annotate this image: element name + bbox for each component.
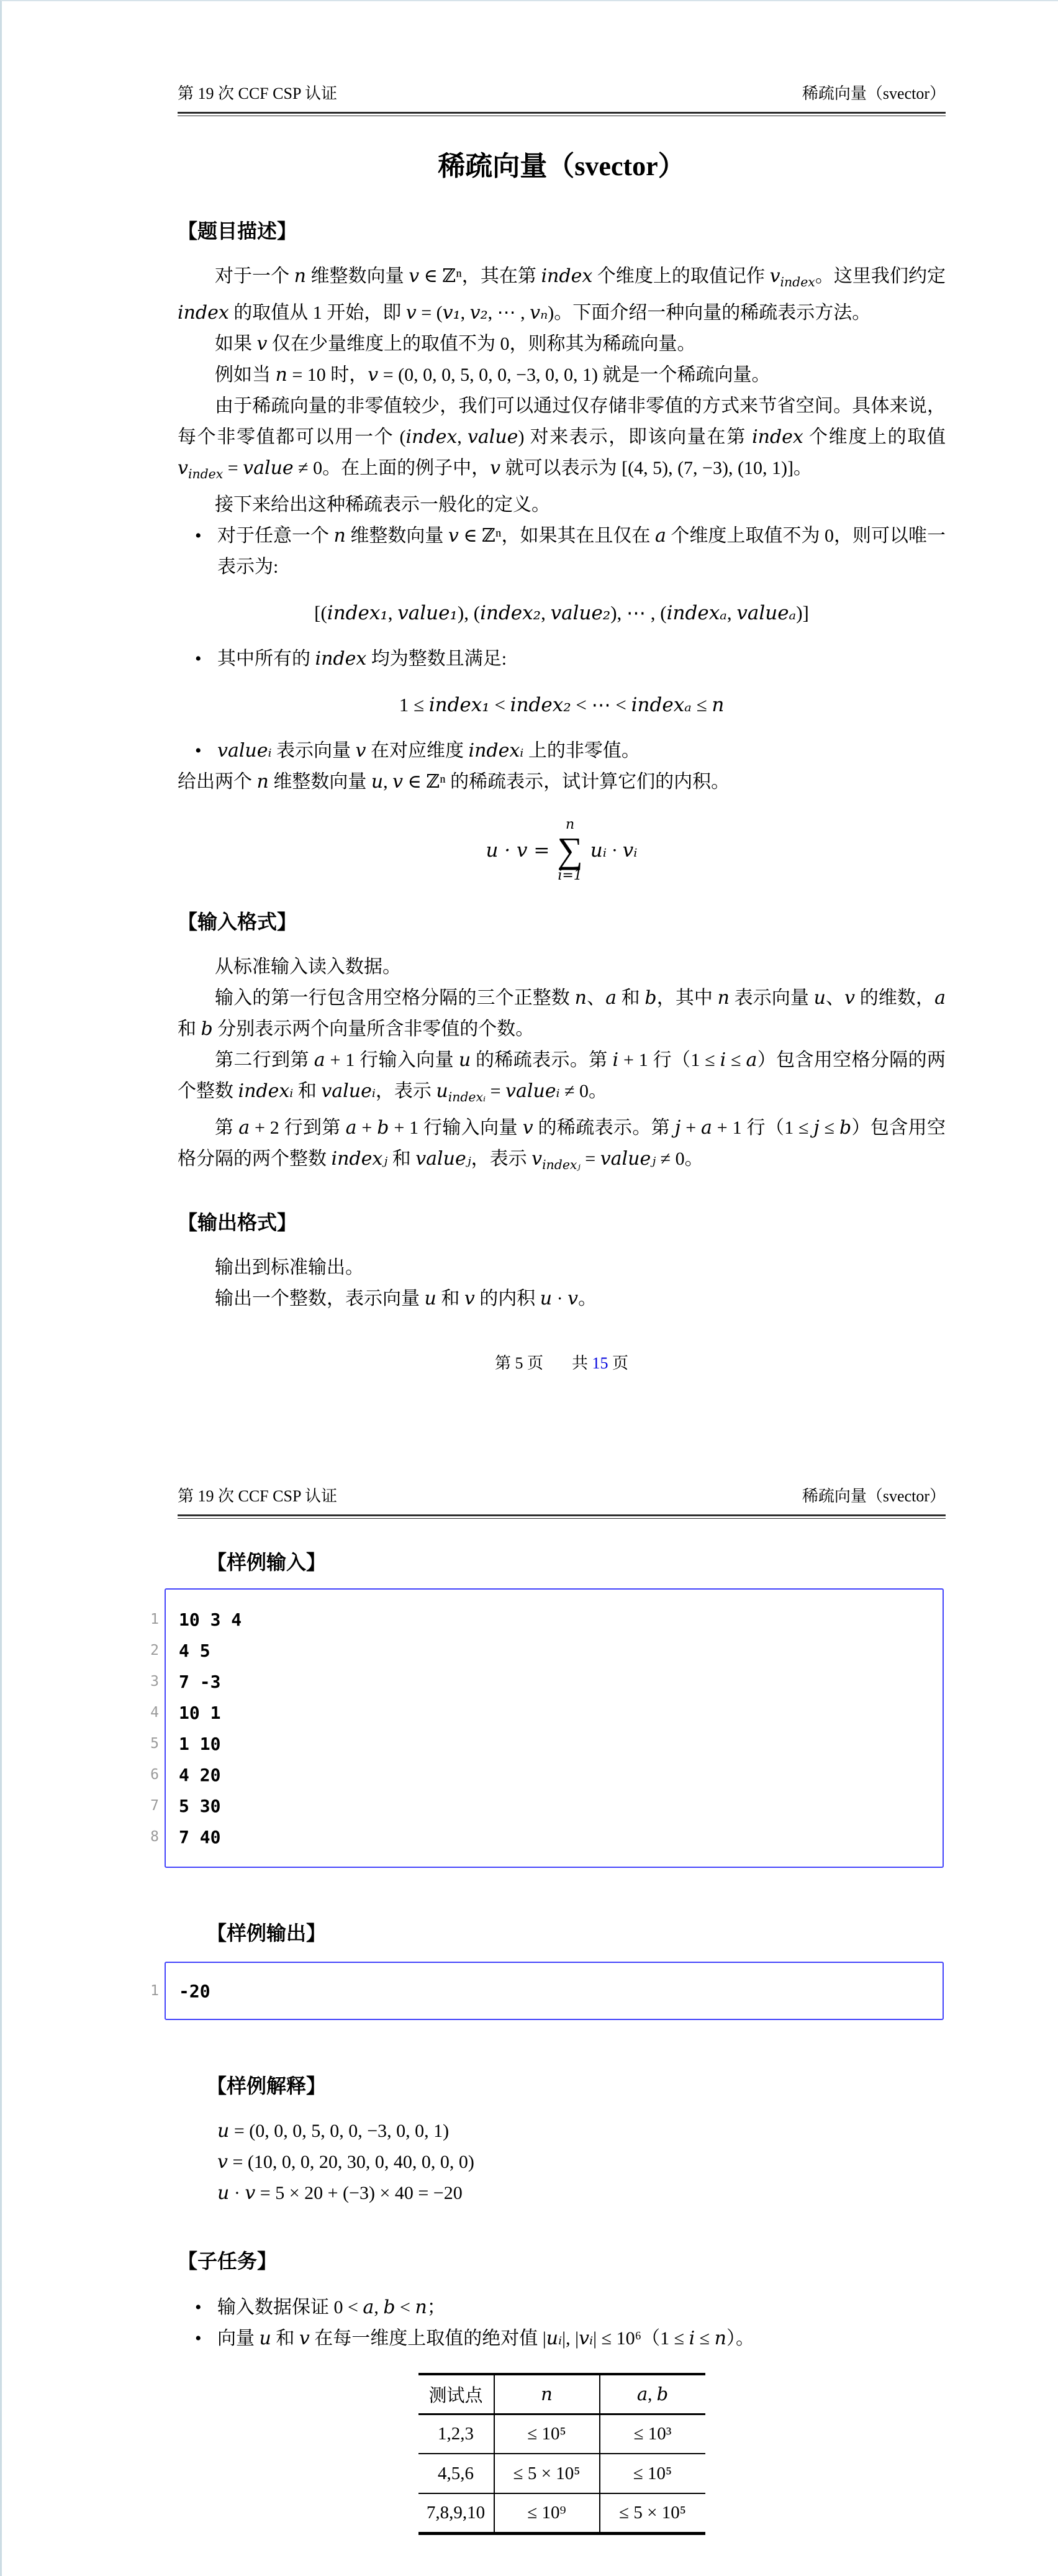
formula-dot-product: u · v = n ∑ i=1 uᵢ · vᵢ: [178, 816, 946, 885]
line-number: 4: [137, 1704, 159, 1721]
line-number: 5: [137, 1736, 159, 1752]
page-2: 第 19 次 CCF CSP 认证 稀疏向量（svector） 【样例输入】 1…: [2, 1404, 1058, 2576]
header-rule: [178, 112, 946, 116]
table-cell: ≤ 10⁹: [494, 2493, 600, 2533]
bullet-text: 向量 u 和 v 在每一维度上取值的绝对值 |uᵢ|, |vᵢ| ≤ 10⁶（1…: [217, 2323, 946, 2354]
dot-product-rhs: uᵢ · vᵢ: [590, 839, 638, 862]
page-footer: 第 5 页 共 15 页: [178, 1350, 946, 1373]
bullet-marker: •: [178, 2323, 217, 2354]
output-format-paragraph-1: 输出到标准输出。: [178, 1252, 946, 1283]
table-cell: 4,5,6: [418, 2454, 494, 2493]
footer-total-pages: 15: [592, 1354, 608, 1372]
document-canvas: 第 19 次 CCF CSP 认证 稀疏向量（svector） 稀疏向量（sve…: [0, 0, 1058, 2576]
code-text: 10 3 4: [179, 1609, 242, 1630]
subtask-table-wrap: 测试点 n a, b 1,2,3 ≤ 10⁵ ≤ 10³ 4,5,6 ≤ 5 ×…: [178, 2373, 946, 2535]
header-rule: [178, 1514, 946, 1519]
output-format-paragraph-2: 输出一个整数，表示向量 u 和 v 的内积 u · v。: [178, 1283, 946, 1314]
description-paragraph-5: 接下来给出这种稀疏表示一般化的定义。: [178, 489, 946, 521]
code-text: 4 5: [179, 1641, 210, 1661]
section-heading-description: 【题目描述】: [178, 219, 946, 243]
description-paragraph-3: 例如当 n = 10 时，v = (0, 0, 0, 5, 0, 0, −3, …: [178, 360, 946, 391]
header-left-text: 第 19 次 CCF CSP 认证: [178, 1486, 337, 1507]
bullet-text: valueᵢ 表示向量 v 在对应维度 indexᵢ 上的非零值。: [217, 735, 946, 767]
sigma-icon: ∑: [557, 832, 582, 868]
table-cell: ≤ 5 × 10⁵: [494, 2454, 600, 2493]
table-header-row: 测试点 n a, b: [418, 2374, 705, 2414]
section-heading-output-format: 【输出格式】: [178, 1210, 946, 1235]
code-line: 110 3 4: [166, 1604, 943, 1635]
code-text: 7 -3: [179, 1672, 220, 1692]
footer-page-number: 第 5 页: [495, 1350, 543, 1373]
subtask-bullet-1: • 输入数据保证 0 < a, b < n；: [178, 2292, 946, 2323]
table-cell: ≤ 10³: [600, 2414, 705, 2454]
page-title: 稀疏向量（svector）: [178, 148, 946, 184]
table-cell: 1,2,3: [418, 2414, 494, 2454]
code-line: 37 -3: [166, 1666, 943, 1697]
code-line: 1-20: [166, 1975, 943, 2006]
input-format-paragraph-1: 从标准输入读入数据。: [178, 952, 946, 983]
input-format-paragraph-2: 输入的第一行包含用空格分隔的三个正整数 n、a 和 b，其中 n 表示向量 u、…: [178, 983, 946, 1045]
explanation-line-v: v = (10, 0, 0, 20, 30, 0, 40, 0, 0, 0): [217, 2147, 946, 2178]
table-row: 7,8,9,10 ≤ 10⁹ ≤ 5 × 10⁵: [418, 2493, 705, 2533]
line-number: 1: [137, 1983, 159, 1999]
bullet-text: 输入数据保证 0 < a, b < n；: [217, 2292, 946, 2323]
bullet-text: 其中所有的 index 均为整数且满足:: [217, 644, 946, 675]
code-text: -20: [179, 1981, 210, 2001]
line-number: 3: [137, 1673, 159, 1690]
section-heading-sample-input: 【样例输入】: [207, 1550, 946, 1575]
table-header-cell-n: n: [494, 2374, 600, 2414]
page-1: 第 19 次 CCF CSP 认证 稀疏向量（svector） 稀疏向量（sve…: [2, 1, 1058, 1404]
section-heading-sample-output: 【样例输出】: [207, 1921, 946, 1946]
table-cell: ≤ 10⁵: [494, 2414, 600, 2454]
code-text: 10 1: [179, 1703, 220, 1723]
table-row: 1,2,3 ≤ 10⁵ ≤ 10³: [418, 2414, 705, 2454]
code-line: 24 5: [166, 1635, 943, 1666]
definition-bullet-1: • 对于任意一个 n 维整数向量 v ∈ ℤⁿ，如果其在且仅在 a 个维度上取值…: [178, 521, 946, 583]
formula-sparse-representation: [(index₁, value₁), (index₂, value₂), ⋯ ,…: [178, 598, 946, 629]
description-paragraph-2: 如果 v 仅在少量维度上的取值不为 0，则称其为稀疏向量。: [178, 329, 946, 360]
bullet-marker: •: [178, 2292, 217, 2323]
line-number: 6: [137, 1767, 159, 1783]
definition-bullet-3: • valueᵢ 表示向量 v 在对应维度 indexᵢ 上的非零值。: [178, 735, 946, 767]
sample-output-box: 1-20: [165, 1962, 944, 2020]
page-header: 第 19 次 CCF CSP 认证 稀疏向量（svector）: [178, 83, 946, 104]
code-line: 64 20: [166, 1759, 943, 1790]
header-left-text: 第 19 次 CCF CSP 认证: [178, 83, 337, 104]
code-text: 7 40: [179, 1827, 220, 1847]
bullet-marker: •: [178, 735, 217, 767]
code-text: 5 30: [179, 1796, 220, 1816]
formula-index-order: 1 ≤ index₁ < index₂ < ⋯ < indexₐ ≤ n: [178, 690, 946, 721]
line-number: 1: [137, 1611, 159, 1627]
code-line: 51 10: [166, 1728, 943, 1759]
table-header-cell-ab: a, b: [600, 2374, 705, 2414]
line-number: 7: [137, 1798, 159, 1814]
section-heading-subtask: 【子任务】: [178, 2249, 946, 2273]
header-right-text: 稀疏向量（svector）: [802, 1486, 946, 1507]
code-text: 1 10: [179, 1734, 220, 1754]
table-header-cell-testpoint: 测试点: [418, 2374, 494, 2414]
description-paragraph-1: 对于一个 n 维整数向量 v ∈ ℤⁿ，其在第 index 个维度上的取值记作 …: [178, 261, 946, 329]
table-cell: ≤ 10⁵: [600, 2454, 705, 2493]
code-text: 4 20: [179, 1765, 220, 1785]
header-right-text: 稀疏向量（svector）: [802, 83, 946, 104]
subtask-table: 测试点 n a, b 1,2,3 ≤ 10⁵ ≤ 10³ 4,5,6 ≤ 5 ×…: [418, 2373, 705, 2535]
line-number: 8: [137, 1829, 159, 1845]
description-paragraph-6: 给出两个 n 维整数向量 u, v ∈ ℤⁿ 的稀疏表示，试计算它们的内积。: [178, 767, 946, 798]
page-header: 第 19 次 CCF CSP 认证 稀疏向量（svector）: [178, 1486, 946, 1507]
code-line: 410 1: [166, 1697, 943, 1728]
explanation-line-u: u = (0, 0, 0, 5, 0, 0, −3, 0, 0, 1): [217, 2116, 946, 2147]
table-row: 4,5,6 ≤ 5 × 10⁵ ≤ 10⁵: [418, 2454, 705, 2493]
bullet-marker: •: [178, 521, 217, 583]
explanation-line-dot: u · v = 5 × 20 + (−3) × 40 = −20: [217, 2178, 946, 2209]
definition-bullet-2: • 其中所有的 index 均为整数且满足:: [178, 644, 946, 675]
code-line: 75 30: [166, 1790, 943, 1821]
footer-total: 共 15 页: [572, 1350, 628, 1373]
table-cell: 7,8,9,10: [418, 2493, 494, 2533]
input-format-paragraph-4: 第 a + 2 行到第 a + b + 1 行输入向量 v 的稀疏表示。第 j …: [178, 1113, 946, 1180]
section-heading-input-format: 【输入格式】: [178, 909, 946, 934]
description-paragraph-4: 由于稀疏向量的非零值较少，我们可以通过仅存储非零值的方式来节省空间。具体来说，每…: [178, 391, 946, 489]
bullet-marker: •: [178, 644, 217, 675]
section-heading-sample-explanation: 【样例解释】: [207, 2073, 946, 2098]
code-line: 87 40: [166, 1821, 943, 1852]
bullet-text: 对于任意一个 n 维整数向量 v ∈ ℤⁿ，如果其在且仅在 a 个维度上取值不为…: [217, 521, 946, 583]
line-number: 2: [137, 1642, 159, 1659]
sum-lower-limit: i=1: [558, 868, 582, 883]
dot-product-lhs: u · v =: [486, 839, 549, 862]
input-format-paragraph-3: 第二行到第 a + 1 行输入向量 u 的稀疏表示。第 i + 1 行（1 ≤ …: [178, 1045, 946, 1113]
subtask-bullet-2: • 向量 u 和 v 在每一维度上取值的绝对值 |uᵢ|, |vᵢ| ≤ 10⁶…: [178, 2323, 946, 2354]
sigma-stack: n ∑ i=1: [557, 817, 582, 883]
sample-input-box: 110 3 4 24 5 37 -3 410 1 51 10 64 20 75 …: [165, 1588, 944, 1868]
table-cell: ≤ 5 × 10⁵: [600, 2493, 705, 2533]
